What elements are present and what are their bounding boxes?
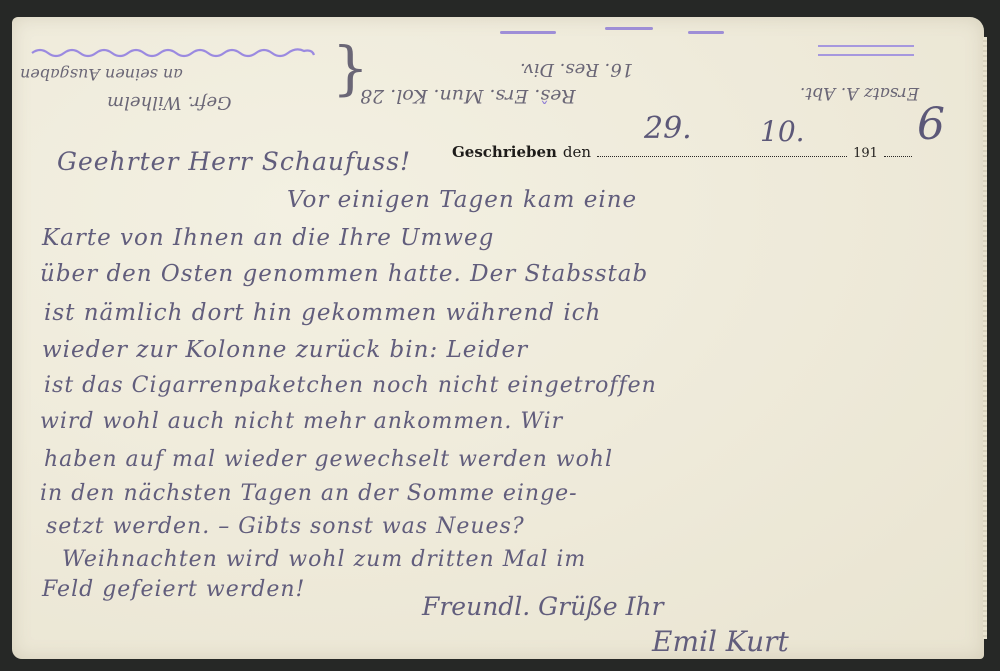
date-day: 29. — [644, 111, 692, 146]
scanned-postcard: an seinen Ausgaben Gefr. Wilhelm } Res. … — [0, 0, 1000, 671]
message-line-9: in den nächsten Tagen an der Somme einge… — [40, 481, 578, 506]
violet-dash — [688, 31, 724, 34]
date-year-suffix: 6 — [917, 99, 945, 150]
message-line-1: Vor einigen Tagen kam eine — [287, 187, 637, 213]
printed-label-den: den — [563, 143, 591, 161]
message-line-4: ist nämlich dort hin gekommen während ic… — [44, 300, 601, 326]
sender-line-5: an seinen Ausgaben — [20, 65, 183, 84]
postcard: an seinen Ausgaben Gefr. Wilhelm } Res. … — [12, 17, 984, 659]
message-line-2: Karte von Ihnen an die Ihre Umweg — [42, 225, 494, 251]
date-dotted-line — [597, 144, 847, 157]
message-line-11: Weihnachten wird wohl zum dritten Mal im — [62, 547, 586, 572]
sender-line-4: Gefr. Wilhelm — [107, 92, 232, 113]
sender-line-3: Ersatz A. Abt. — [800, 83, 919, 103]
printed-label-geschrieben: Geschrieben — [452, 143, 557, 161]
violet-double-underline — [818, 45, 914, 56]
closing: Freundl. Grüße Ihr — [422, 592, 664, 621]
message-line-7: wird wohl auch nicht mehr ankommen. Wir — [40, 409, 563, 434]
message-line-6: ist das Cigarrenpaketchen noch nicht ein… — [44, 373, 657, 398]
violet-wavy-line — [30, 45, 315, 59]
violet-tick-mark: ˇ — [540, 99, 549, 120]
salutation: Geehrter Herr Schaufuss! — [57, 147, 411, 176]
signature: Emil Kurt — [652, 625, 789, 658]
message-line-12: Feld gefeiert werden! — [42, 577, 305, 602]
date-month: 10. — [760, 115, 805, 148]
message-line-8: haben auf mal wieder gewechselt werden w… — [44, 447, 613, 472]
message-line-10: setzt werden. – Gibts sonst was Neues? — [46, 514, 525, 539]
year-dotted-line — [884, 144, 912, 157]
message-line-5: wieder zur Kolonne zurück bin: Leider — [42, 337, 528, 363]
violet-dash — [500, 31, 556, 34]
violet-dash — [605, 27, 653, 30]
printed-year-prefix: 191 — [853, 146, 878, 161]
message-line-3: über den Osten genommen hatte. Der Stabs… — [40, 261, 648, 287]
sender-line-1: 16. Res. Div. — [520, 59, 633, 80]
